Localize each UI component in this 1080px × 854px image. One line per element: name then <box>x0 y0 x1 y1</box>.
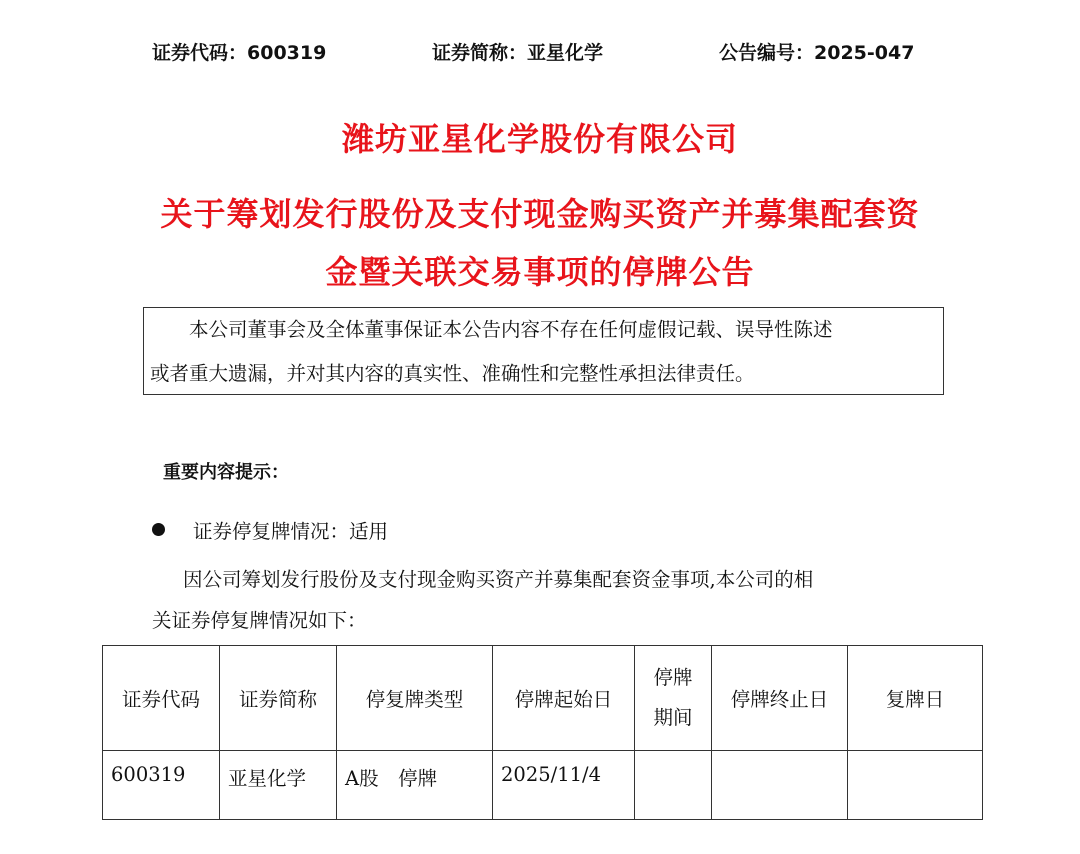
table-header-row: 证券代码 证券简称 停复牌类型 停牌起始日 停牌期间 停牌终止日 复牌日 <box>103 646 983 751</box>
paragraph-line1: 因公司筹划发行股份及支付现金购买资产并募集配套资金事项,本公司的相 <box>183 564 813 592</box>
disclaimer-line1: 本公司董事会及全体董事保证本公告内容不存在任何虚假记载、误导性陈述 <box>150 308 937 352</box>
header-end: 停牌终止日 <box>712 646 848 751</box>
cell-name: 亚星化学 <box>220 751 337 820</box>
announcement-title-line2: 金暨关联交易事项的停牌公告 <box>0 247 1080 293</box>
cell-code: 600319 <box>103 751 220 820</box>
document-header: 证券代码：600319 证券简称：亚星化学 公告编号：2025-047 <box>0 34 1080 68</box>
disclaimer-box: 本公司董事会及全体董事保证本公告内容不存在任何虚假记载、误导性陈述 或者重大遗漏… <box>143 307 944 395</box>
disclaimer-line2: 或者重大遗漏，并对其内容的真实性、准确性和完整性承担法律责任。 <box>150 352 937 396</box>
cell-end <box>712 751 848 820</box>
table-row: 600319 亚星化学 A股 停牌 2025/11/4 <box>103 751 983 820</box>
highlights-heading: 重要内容提示： <box>163 458 289 484</box>
header-period: 停牌期间 <box>635 646 712 751</box>
suspension-status: 证券停复牌情况：适用 <box>193 516 388 544</box>
header-type: 停复牌类型 <box>337 646 493 751</box>
cell-resume <box>848 751 983 820</box>
stock-code: 证券代码：600319 <box>152 38 326 65</box>
company-title: 潍坊亚星化学股份有限公司 <box>0 114 1080 160</box>
header-start: 停牌起始日 <box>493 646 635 751</box>
announcement-number: 公告编号：2025-047 <box>719 38 914 65</box>
header-code: 证券代码 <box>103 646 220 751</box>
cell-start: 2025/11/4 <box>493 751 635 820</box>
header-resume: 复牌日 <box>848 646 983 751</box>
header-name: 证券简称 <box>220 646 337 751</box>
suspension-table: 证券代码 证券简称 停复牌类型 停牌起始日 停牌期间 停牌终止日 复牌日 600… <box>102 645 983 820</box>
bullet-icon <box>152 523 165 536</box>
paragraph-line2: 关证券停复牌情况如下： <box>152 605 367 633</box>
announcement-title-line1: 关于筹划发行股份及支付现金购买资产并募集配套资 <box>0 189 1080 235</box>
cell-period <box>635 751 712 820</box>
header-period-l2: 期间 <box>653 706 692 729</box>
stock-name: 证券简称：亚星化学 <box>432 38 603 65</box>
cell-type: A股 停牌 <box>337 751 493 820</box>
header-period-l1: 停牌 <box>653 666 692 689</box>
